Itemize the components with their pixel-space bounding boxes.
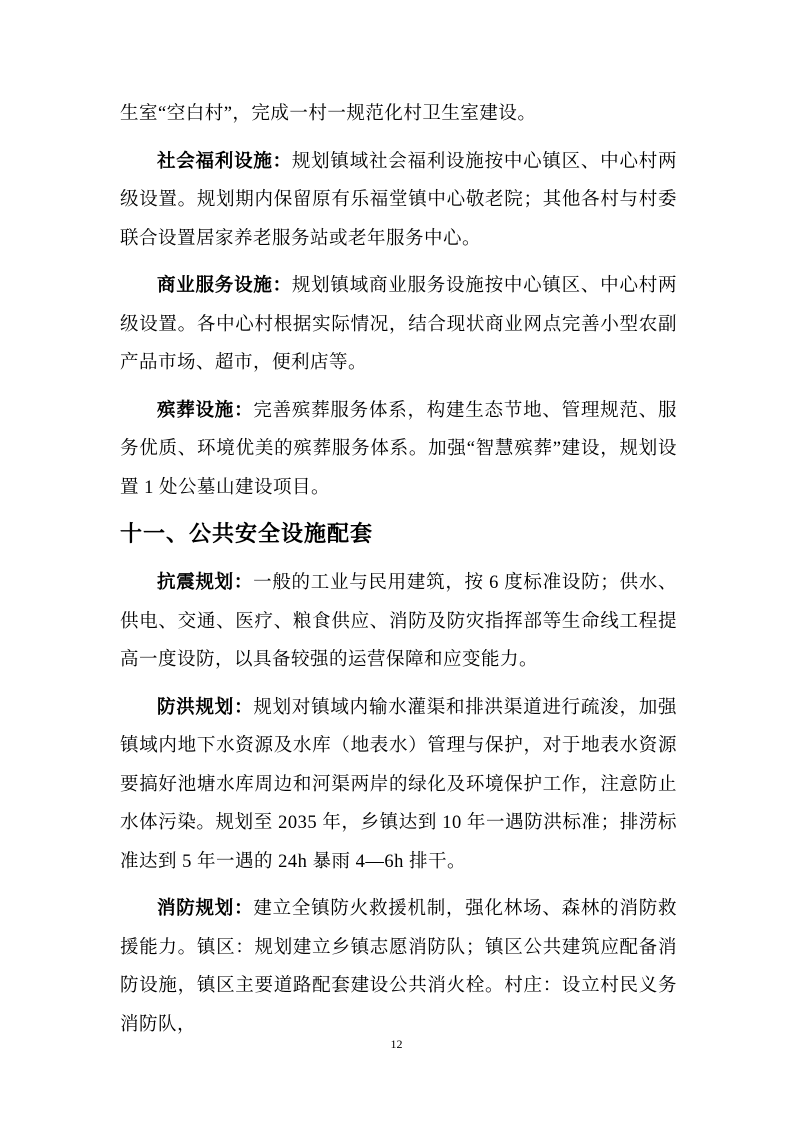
paragraph-fire-protection-planning: 消防规划：建立全镇防火救援机制，强化林场、森林的消防救援能力。镇区：规划建立乡镇…: [120, 889, 677, 1044]
paragraph-lead: 防洪规划：: [157, 696, 253, 717]
paragraph-commercial-services: 商业服务设施：规划镇域商业服务设施按中心镇区、中心村两级设置。各中心村根据实际情…: [120, 266, 677, 383]
section-heading: 十一、公共安全设施配套: [120, 513, 677, 555]
paragraph-lead: 殡葬设施：: [157, 399, 253, 420]
paragraph-funeral-facilities: 殡葬设施：完善殡葬服务体系，构建生态节地、管理规范、服务优质、环境优美的殡葬服务…: [120, 391, 677, 508]
paragraph-social-welfare: 社会福利设施：规划镇域社会福利设施按中心镇区、中心村两级设置。规划期内保留原有乐…: [120, 142, 677, 259]
paragraph-lead: 社会福利设施：: [157, 150, 292, 171]
paragraph-lead: 消防规划：: [157, 897, 253, 918]
page-content: 生室“空白村”，完成一村一规范化村卫生室建设。 社会福利设施：规划镇域社会福利设…: [120, 95, 677, 1044]
paragraph-lead: 商业服务设施：: [157, 274, 292, 295]
page-number: 12: [0, 1036, 793, 1052]
paragraph-text: 规划对镇域内输水灌渠和排洪渠道进行疏浚，加强镇域内地下水资源及水库（地表水）管理…: [120, 698, 677, 872]
document-page: 生室“空白村”，完成一村一规范化村卫生室建设。 社会福利设施：规划镇域社会福利设…: [0, 0, 793, 1122]
paragraph-lead: 抗震规划：: [157, 571, 253, 592]
continuation-paragraph: 生室“空白村”，完成一村一规范化村卫生室建设。: [120, 95, 677, 134]
continuation-text: 生室“空白村”，完成一村一规范化村卫生室建设。: [120, 104, 536, 124]
paragraph-flood-control-planning: 防洪规划：规划对镇域内输水灌渠和排洪渠道进行疏浚，加强镇域内地下水资源及水库（地…: [120, 688, 677, 882]
paragraph-earthquake-planning: 抗震规划：一般的工业与民用建筑，按 6 度标准设防；供水、供电、交通、医疗、粮食…: [120, 563, 677, 680]
paragraph-text: 建立全镇防火救援机制，强化林场、森林的消防救援能力。镇区：规划建立乡镇志愿消防队…: [120, 899, 677, 1035]
